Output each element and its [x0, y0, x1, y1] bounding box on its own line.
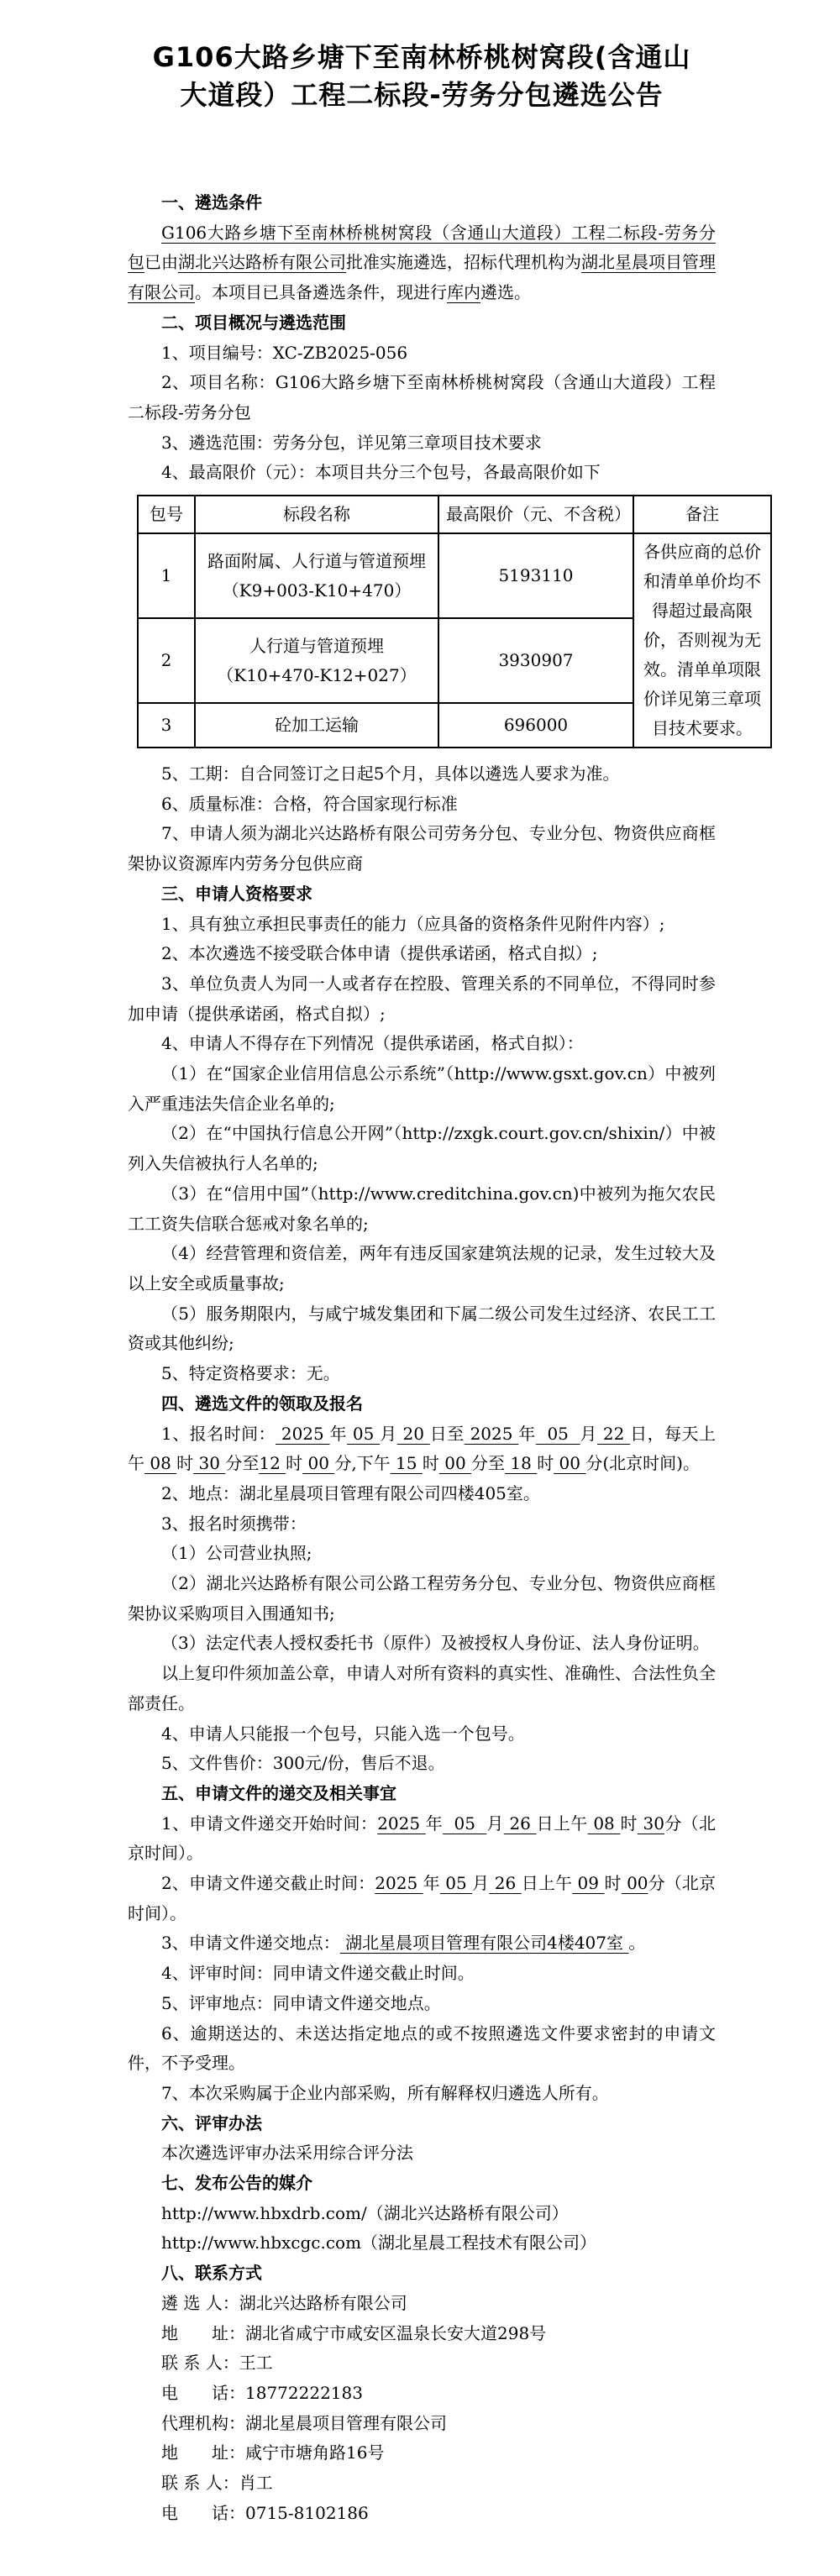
text-segment: 已由: [144, 252, 178, 272]
section-1-intro: G106大路乡塘下至南林桥桃树窝段（含通山大道段）工程二标段-劳务分包已由湖北兴…: [128, 218, 716, 308]
text-segment: 库内: [447, 282, 480, 302]
project-number: 1、项目编号：XC-ZB2025-056: [128, 338, 716, 369]
internal-procurement-note: 7、本次采购属于企业内部采购，所有解释权归遴选人所有。: [128, 2079, 716, 2109]
text-segment: 月: [472, 1873, 489, 1893]
text-segment: 月: [486, 1813, 503, 1834]
text-segment: 05: [347, 1424, 380, 1444]
text-segment: 18: [505, 1453, 537, 1473]
section-4-heading: 四、遴选文件的领取及报名: [128, 1389, 716, 1419]
max-price-value: 696000: [438, 703, 633, 748]
table-header-row: 包号 标段名称 最高限价（元、不含税） 备注: [138, 496, 771, 533]
text-segment: 2025: [375, 1873, 423, 1893]
text-segment: 05: [536, 1424, 580, 1444]
section-name-text: 人行道与管道预埋: [249, 636, 384, 656]
text-segment: 22: [597, 1424, 630, 1444]
qualification-4-sub-1: （1）在“国家企业信用信息公示系统”（http://www.gsxt.gov.c…: [128, 1059, 716, 1119]
text-segment: 批准实施遴选，招标代理机构为: [346, 252, 581, 272]
text-segment: 00: [554, 1453, 585, 1473]
text-segment: 时: [604, 1873, 621, 1893]
project-name: 2、项目名称：G106大路乡塘下至南林桥桃树窝段（含通山大道段）工程二标段-劳务…: [128, 368, 716, 428]
text-segment: 年: [423, 1873, 440, 1893]
section-7-heading: 七、发布公告的媒介: [128, 2169, 716, 2199]
text-segment: 。本项目已具备遴选条件，现进行: [195, 282, 447, 302]
text-segment: 3、申请文件递交地点：: [161, 1933, 340, 1953]
section-name: 砼加工运输: [195, 703, 438, 748]
text-segment: 00: [302, 1453, 334, 1473]
text-segment: 15: [391, 1453, 423, 1473]
agency-phone: 电 话：0715-8102186: [128, 2499, 716, 2529]
section-stake-range: （K9+003-K10+470）: [223, 580, 412, 601]
text-segment: 分至: [471, 1453, 505, 1473]
text-segment: 1、申请文件递交开始时间：: [161, 1813, 377, 1834]
section-name: 人行道与管道预埋（K10+470-K12+027）: [195, 618, 438, 703]
package-no: 3: [138, 703, 195, 748]
registration-bring-1: （1）公司营业执照;: [128, 1539, 716, 1569]
section-1-heading: 一、遴选条件: [128, 188, 716, 218]
table-row: 1 路面附属、人行道与管道预埋（K9+003-K10+470） 5193110 …: [138, 533, 771, 618]
text-segment: 年: [330, 1424, 347, 1444]
section-name-text: 路面附属、人行道与管道预埋: [207, 551, 426, 571]
applicant-pool-requirement: 7、申请人须为湖北兴达路桥有限公司劳务分包、专业分包、物资供应商框架协议资源库内…: [128, 819, 716, 879]
qualification-3: 3、单位负责人为同一人或者存在控股、管理关系的不同单位，不得同时参加申请（提供承…: [128, 969, 716, 1029]
text-segment: 年: [426, 1813, 443, 1834]
text-segment: 09: [572, 1873, 604, 1893]
section-3-heading: 三、申请人资格要求: [128, 879, 716, 910]
qualification-4-sub-2: （2）在“中国执行信息公开网”（http://zxgk.court.gov.cn…: [128, 1119, 716, 1178]
text-segment: 时: [286, 1453, 302, 1473]
section-5-heading: 五、申请文件的递交及相关事宜: [128, 1779, 716, 1809]
text-segment: 30: [193, 1453, 225, 1473]
selector-phone: 电 话：18772222183: [128, 2379, 716, 2409]
package-no: 1: [138, 533, 195, 618]
text-segment: 时: [620, 1813, 637, 1834]
remark-note: 各供应商的总价和清单单价均不得超过最高限价，否则视为无效。清单单项限价详见第三章…: [633, 533, 771, 748]
text-segment: 月: [380, 1424, 396, 1444]
registration-bring-lead: 3、报名时须携带：: [128, 1509, 716, 1540]
text-segment: 湖北兴达路桥有限公司: [178, 252, 346, 272]
max-price-lead: 4、最高限价（元）：本项目共分三个包号，各最高限价如下: [128, 458, 716, 488]
submission-place: 3、申请文件递交地点： 湖北星晨项目管理有限公司4楼407室 。: [128, 1928, 716, 1959]
text-segment: 。: [628, 1933, 645, 1953]
construction-period: 5、工期：自合同签订之日起5个月，具体以遴选人要求为准。: [128, 759, 716, 790]
text-segment: 分至: [225, 1453, 259, 1473]
package-no: 2: [138, 618, 195, 703]
announcement-document: G106大路乡塘下至南林桥桃树窝段(含通山大道段）工程二标段-劳务分包遴选公告 …: [0, 0, 840, 2576]
selector-contact: 联 系 人：王工: [128, 2348, 716, 2379]
text-segment: 遴选。: [480, 282, 531, 302]
agency-address: 地 址：咸宁市塘角路16号: [128, 2438, 716, 2468]
registration-place: 2、地点：湖北星晨项目管理有限公司四楼405室。: [128, 1479, 716, 1509]
qualification-5: 5、特定资格要求：无。: [128, 1359, 716, 1389]
registration-time: 1、报名时间： 2025 年 05 月 20 日至 2025 年 05 月 22…: [128, 1419, 716, 1479]
text-segment: 05: [443, 1813, 486, 1834]
section-stake-range: （K10+470-K12+027）: [217, 665, 416, 685]
text-segment: 05: [440, 1873, 472, 1893]
section-2-heading: 二、项目概况与遴选范围: [128, 308, 716, 338]
text-segment: 时: [176, 1453, 193, 1473]
text-segment: 12: [259, 1453, 286, 1473]
section-8-heading: 八、联系方式: [128, 2259, 716, 2289]
col-header-remark: 备注: [633, 496, 771, 533]
text-segment: 26: [504, 1813, 537, 1834]
text-segment: 月: [580, 1424, 597, 1444]
selector-name: 遴 选 人：湖北兴达路桥有限公司: [128, 2289, 716, 2319]
late-submission-rule: 6、逾期送达的、未送达指定地点的或不按照遴选文件要求密封的申请文件，不予受理。: [128, 2019, 716, 2079]
text-segment: 08: [144, 1453, 176, 1473]
copies-seal-note: 以上复印件须加盖公章，申请人对所有资料的真实性、准确性、合法性负全部责任。: [128, 1659, 716, 1718]
text-segment: 08: [588, 1813, 621, 1834]
title-line-1: G106大路乡塘下至南林桥桃树窝段(含通山: [153, 41, 691, 73]
qualification-4: 4、申请人不得存在下列情况（提供承诺函，格式自拟）：: [128, 1029, 716, 1059]
text-segment: 时: [537, 1453, 554, 1473]
text-segment: 26: [489, 1873, 521, 1893]
text-segment: 00: [439, 1453, 471, 1473]
title-line-2: 大道段）工程二标段-劳务分包遴选公告: [180, 79, 663, 111]
qualification-4-sub-4: （4）经营管理和资信差，两年有违反国家建筑法规的记录，发生过较大及以上安全或质量…: [128, 1239, 716, 1298]
text-segment: 00: [622, 1873, 648, 1893]
text-segment: 分,下午: [334, 1453, 390, 1473]
document-title: G106大路乡塘下至南林桥桃树窝段(含通山大道段）工程二标段-劳务分包遴选公告: [128, 39, 716, 114]
one-package-rule: 4、申请人只能报一个包号，只能入选一个包号。: [128, 1719, 716, 1750]
selection-scope: 3、遴选范围：劳务分包，详见第三章项目技术要求: [128, 428, 716, 459]
submission-start-time: 1、申请文件递交开始时间：2025 年 05 月 26 日上午 08 时 30分…: [128, 1809, 716, 1869]
text-segment: 30: [638, 1813, 664, 1834]
qualification-4-sub-5: （5）服务期限内，与咸宁城发集团和下属二级公司发生过经济、农民工工资或其他纠纷;: [128, 1299, 716, 1359]
max-price-value: 5193110: [438, 533, 633, 618]
text-segment: 日上午: [537, 1813, 588, 1834]
qualification-2: 2、本次遴选不接受联合体申请（提供承诺函，格式自拟）;: [128, 939, 716, 969]
col-header-max-price: 最高限价（元、不含税）: [438, 496, 633, 533]
text-segment: 日上午: [522, 1873, 572, 1893]
max-price-value: 3930907: [438, 618, 633, 703]
text-segment: 湖北星晨项目管理有限公司4楼407室: [340, 1933, 629, 1953]
text-segment: 2025: [377, 1813, 426, 1834]
text-segment: 20: [397, 1424, 430, 1444]
text-segment: 时: [423, 1453, 439, 1473]
text-segment: 2025: [276, 1424, 330, 1444]
qualification-1: 1、具有独立承担民事责任的能力（应具备的资格条件见附件内容）;: [128, 910, 716, 940]
quality-standard: 6、质量标准：合格，符合国家现行标准: [128, 790, 716, 820]
document-price: 5、文件售价：300元/份，售后不退。: [128, 1749, 716, 1779]
text-segment: 2025: [465, 1424, 519, 1444]
review-place: 5、评审地点：同申请文件递交地点。: [128, 1989, 716, 2019]
text-segment: 分(北京时间)。: [585, 1453, 700, 1473]
publish-media-url-2: http://www.hbxcgc.com（湖北星晨工程技术有限公司）: [128, 2228, 716, 2259]
text-segment: 1、报名时间：: [161, 1424, 276, 1444]
review-method: 本次遴选评审办法采用综合评分法: [128, 2138, 716, 2169]
selector-address: 地 址：湖北省咸宁市咸安区温泉长安大道298号: [128, 2319, 716, 2349]
agency-contact: 联 系 人：肖工: [128, 2468, 716, 2499]
registration-bring-2: （2）湖北兴达路桥有限公司公路工程劳务分包、专业分包、物资供应商框架协议采购项目…: [128, 1569, 716, 1629]
qualification-4-sub-3: （3）在“信用中国”（http://www.creditchina.gov.cn…: [128, 1179, 716, 1239]
col-header-section-name: 标段名称: [195, 496, 438, 533]
max-price-table: 包号 标段名称 最高限价（元、不含税） 备注 1 路面附属、人行道与管道预埋（K…: [137, 495, 772, 748]
agency-name: 代理机构：湖北星晨项目管理有限公司: [128, 2409, 716, 2439]
review-time: 4、评审时间：同申请文件递交截止时间。: [128, 1959, 716, 1989]
publish-media-url-1: http://www.hbxdrb.com/（湖北兴达路桥有限公司）: [128, 2199, 716, 2229]
section-6-heading: 六、评审办法: [128, 2109, 716, 2139]
section-name: 路面附属、人行道与管道预埋（K9+003-K10+470）: [195, 533, 438, 618]
registration-bring-3: （3）法定代表人授权委托书（原件）及被授权人身份证、法人身份证明。: [128, 1629, 716, 1659]
text-segment: 日至: [430, 1424, 465, 1444]
text-segment: 2、申请文件递交截止时间：: [161, 1873, 375, 1893]
text-segment: 年: [518, 1424, 535, 1444]
col-header-package-no: 包号: [138, 496, 195, 533]
submission-deadline: 2、申请文件递交截止时间：2025 年 05 月 26 日上午 09 时 00分…: [128, 1869, 716, 1928]
